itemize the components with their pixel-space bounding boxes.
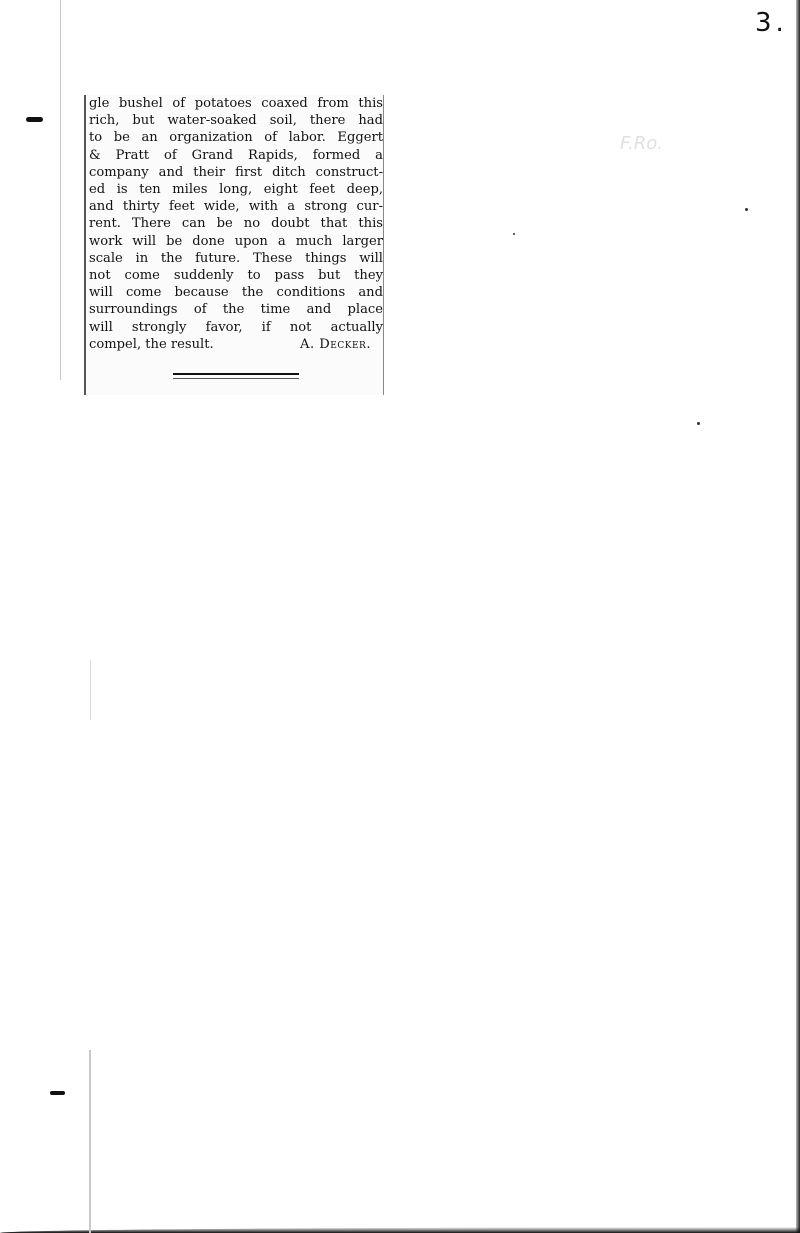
article-line: surroundings of the time and place: [89, 301, 383, 318]
article-line: company and their first ditch construct-: [89, 164, 383, 181]
binding-line-middle: [90, 660, 91, 720]
page-edge-right: [796, 0, 800, 1233]
punch-mark-bottom: [50, 1091, 65, 1095]
speck: [513, 233, 515, 235]
article-line: & Pratt of Grand Rapids, formed a: [89, 147, 383, 164]
article-line: will strongly favor, if not actually: [89, 319, 383, 336]
binding-line-upper: [60, 0, 61, 380]
bleed-through-annotation: F.Ro.: [620, 133, 700, 173]
article-line: and thirty feet wide, with a strong cur-: [89, 198, 383, 215]
page-number: 3.: [755, 8, 788, 38]
newspaper-clipping: gle bushel of potatoes coaxed from this …: [84, 95, 384, 395]
article-line: gle bushel of potatoes coaxed from this: [89, 95, 383, 112]
speck: [745, 208, 748, 211]
article-line: work will be done upon a much larger: [89, 233, 383, 250]
article-line: rich, but water-soaked soil, there had: [89, 112, 383, 129]
article-line: to be an organization of labor. Eggert: [89, 129, 383, 146]
speck: [697, 422, 700, 425]
article-line: ed is ten miles long, eight feet deep,: [89, 181, 383, 198]
article-line: will come because the conditions and: [89, 284, 383, 301]
article-end-rule: [173, 373, 299, 379]
article-closing-text: compel, the result.: [89, 336, 214, 353]
article-body: gle bushel of potatoes coaxed from this …: [89, 95, 383, 353]
article-line: scale in the future. These things will: [89, 250, 383, 267]
binding-line-lower: [89, 1050, 91, 1233]
article-final-line: compel, the result. A. Decker.: [89, 336, 383, 353]
author-signature: A. Decker.: [300, 336, 371, 353]
article-line: rent. There can be no doubt that this: [89, 215, 383, 232]
article-line: not come suddenly to pass but they: [89, 267, 383, 284]
page-edge-bottom: [0, 1227, 800, 1233]
punch-mark-top: [26, 117, 43, 122]
